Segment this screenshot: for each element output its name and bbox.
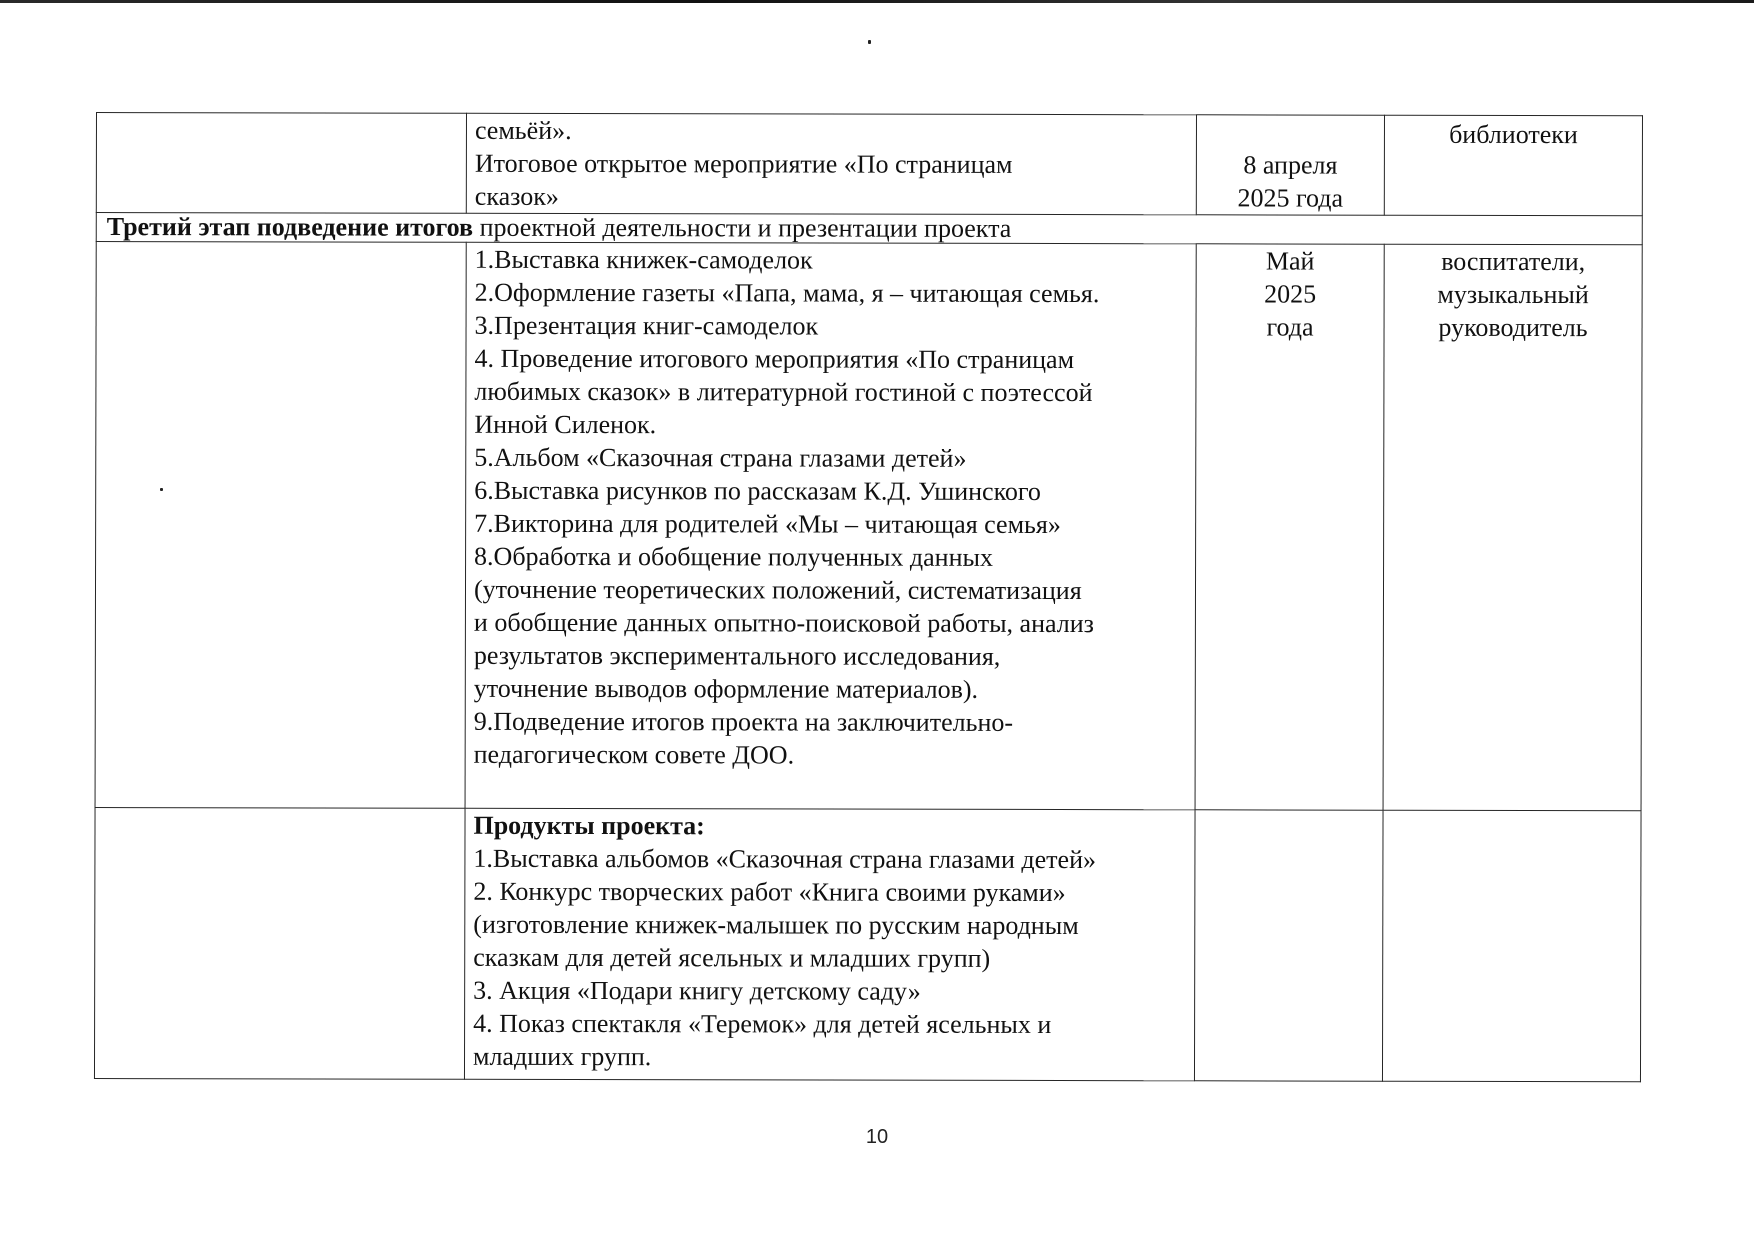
product-line: сказкам для детей ясельных и младших гру… bbox=[473, 941, 1186, 975]
date-line: 8 апреля bbox=[1205, 148, 1376, 181]
table-row-continued: семьёй». Итоговое открытое мероприятие «… bbox=[96, 113, 1642, 216]
product-line: (изготовление книжек-малышек по русским … bbox=[473, 908, 1186, 942]
date-line: 2025 года bbox=[1205, 181, 1376, 214]
activity-line: 5.Альбом «Сказочная страна глазами детей… bbox=[474, 441, 1187, 475]
product-line: 1.Выставка альбомов «Сказочная страна гл… bbox=[473, 842, 1186, 876]
responsible-line: музыкальный bbox=[1393, 278, 1634, 312]
product-line: 2. Конкурс творческих работ «Книга своим… bbox=[473, 875, 1186, 909]
stage-heading-bold: Третий этап подведение итогов bbox=[107, 212, 473, 242]
product-line: младших групп. bbox=[473, 1040, 1186, 1074]
activity-line: Итоговое открытое мероприятие «По страни… bbox=[475, 147, 1188, 181]
page-number: 10 bbox=[0, 1126, 1754, 1149]
products-cell: Продукты проекта: 1.Выставка альбомов «С… bbox=[464, 808, 1195, 1081]
scan-edge bbox=[0, 0, 1754, 3]
stage-heading-text: проектной деятельности и презентации про… bbox=[473, 213, 1011, 243]
activity-line: и обобщение данных опытно-поисковой рабо… bbox=[474, 606, 1187, 640]
activity-line: сказок» bbox=[475, 180, 1188, 214]
table-row-tasks: 1.Выставка книжек-самоделок 2.Оформление… bbox=[95, 242, 1642, 811]
project-plan-table: семьёй». Итоговое открытое мероприятие «… bbox=[94, 112, 1643, 1082]
date-cell bbox=[1194, 810, 1383, 1081]
activity-line: 6.Выставка рисунков по рассказам К.Д. Уш… bbox=[474, 474, 1187, 508]
activity-line: 3.Презентация книг-самоделок bbox=[475, 309, 1188, 343]
date-cell: Май 2025 года bbox=[1195, 244, 1384, 810]
activity-line: любимых сказок» в литературной гостиной … bbox=[474, 375, 1187, 409]
responsible-cell bbox=[1382, 810, 1641, 1082]
table-row-stage-heading: Третий этап подведение итогов проектной … bbox=[96, 213, 1642, 245]
activity-line: 1.Выставка книжек-самоделок bbox=[475, 243, 1188, 277]
stage-cell bbox=[95, 242, 466, 809]
product-line: 4. Показ спектакля «Теремок» для детей я… bbox=[473, 1007, 1186, 1041]
responsible-cell: библиотеки bbox=[1384, 115, 1642, 216]
date-line: Май bbox=[1205, 244, 1376, 277]
responsible-line: воспитатели, bbox=[1393, 245, 1634, 279]
activity-line: педагогическом совете ДОО. bbox=[474, 738, 1187, 772]
activity-line: результатов экспериментального исследова… bbox=[474, 639, 1187, 673]
activity-line: 8.Обработка и обобщение полученных данны… bbox=[474, 540, 1187, 574]
date-line: года bbox=[1205, 310, 1376, 343]
responsible-line: библиотеки bbox=[1393, 118, 1634, 152]
stage-cell bbox=[94, 807, 465, 1079]
stage-heading-cell: Третий этап подведение итогов проектной … bbox=[96, 213, 1642, 245]
date-cell: 8 апреля 2025 года bbox=[1196, 115, 1384, 215]
activity-line: (уточнение теоретических положений, сист… bbox=[474, 573, 1187, 607]
activity-line: уточнение выводов оформление материалов)… bbox=[474, 672, 1187, 706]
activity-line: 4. Проведение итогового мероприятия «По … bbox=[474, 342, 1187, 376]
scan-speck bbox=[868, 40, 871, 44]
activity-line: 2.Оформление газеты «Папа, мама, я – чит… bbox=[475, 276, 1188, 310]
activity-cell: семьёй». Итоговое открытое мероприятие «… bbox=[466, 113, 1196, 215]
date-line: 2025 bbox=[1205, 277, 1376, 310]
products-title: Продукты проекта: bbox=[473, 809, 1186, 843]
product-line: 3. Акция «Подари книгу детскому саду» bbox=[473, 974, 1186, 1008]
activity-line: 9.Подведение итогов проекта на заключите… bbox=[474, 705, 1187, 739]
activity-line: Инной Силенок. bbox=[474, 408, 1187, 442]
activity-cell: 1.Выставка книжек-самоделок 2.Оформление… bbox=[465, 242, 1196, 810]
activity-line: 7.Викторина для родителей «Мы – читающая… bbox=[474, 507, 1187, 541]
table-row-products: Продукты проекта: 1.Выставка альбомов «С… bbox=[94, 807, 1641, 1081]
responsible-cell: воспитатели, музыкальный руководитель bbox=[1383, 244, 1642, 811]
activity-line: семьёй». bbox=[475, 114, 1188, 148]
responsible-line: руководитель bbox=[1393, 311, 1634, 345]
stage-cell bbox=[96, 113, 466, 214]
